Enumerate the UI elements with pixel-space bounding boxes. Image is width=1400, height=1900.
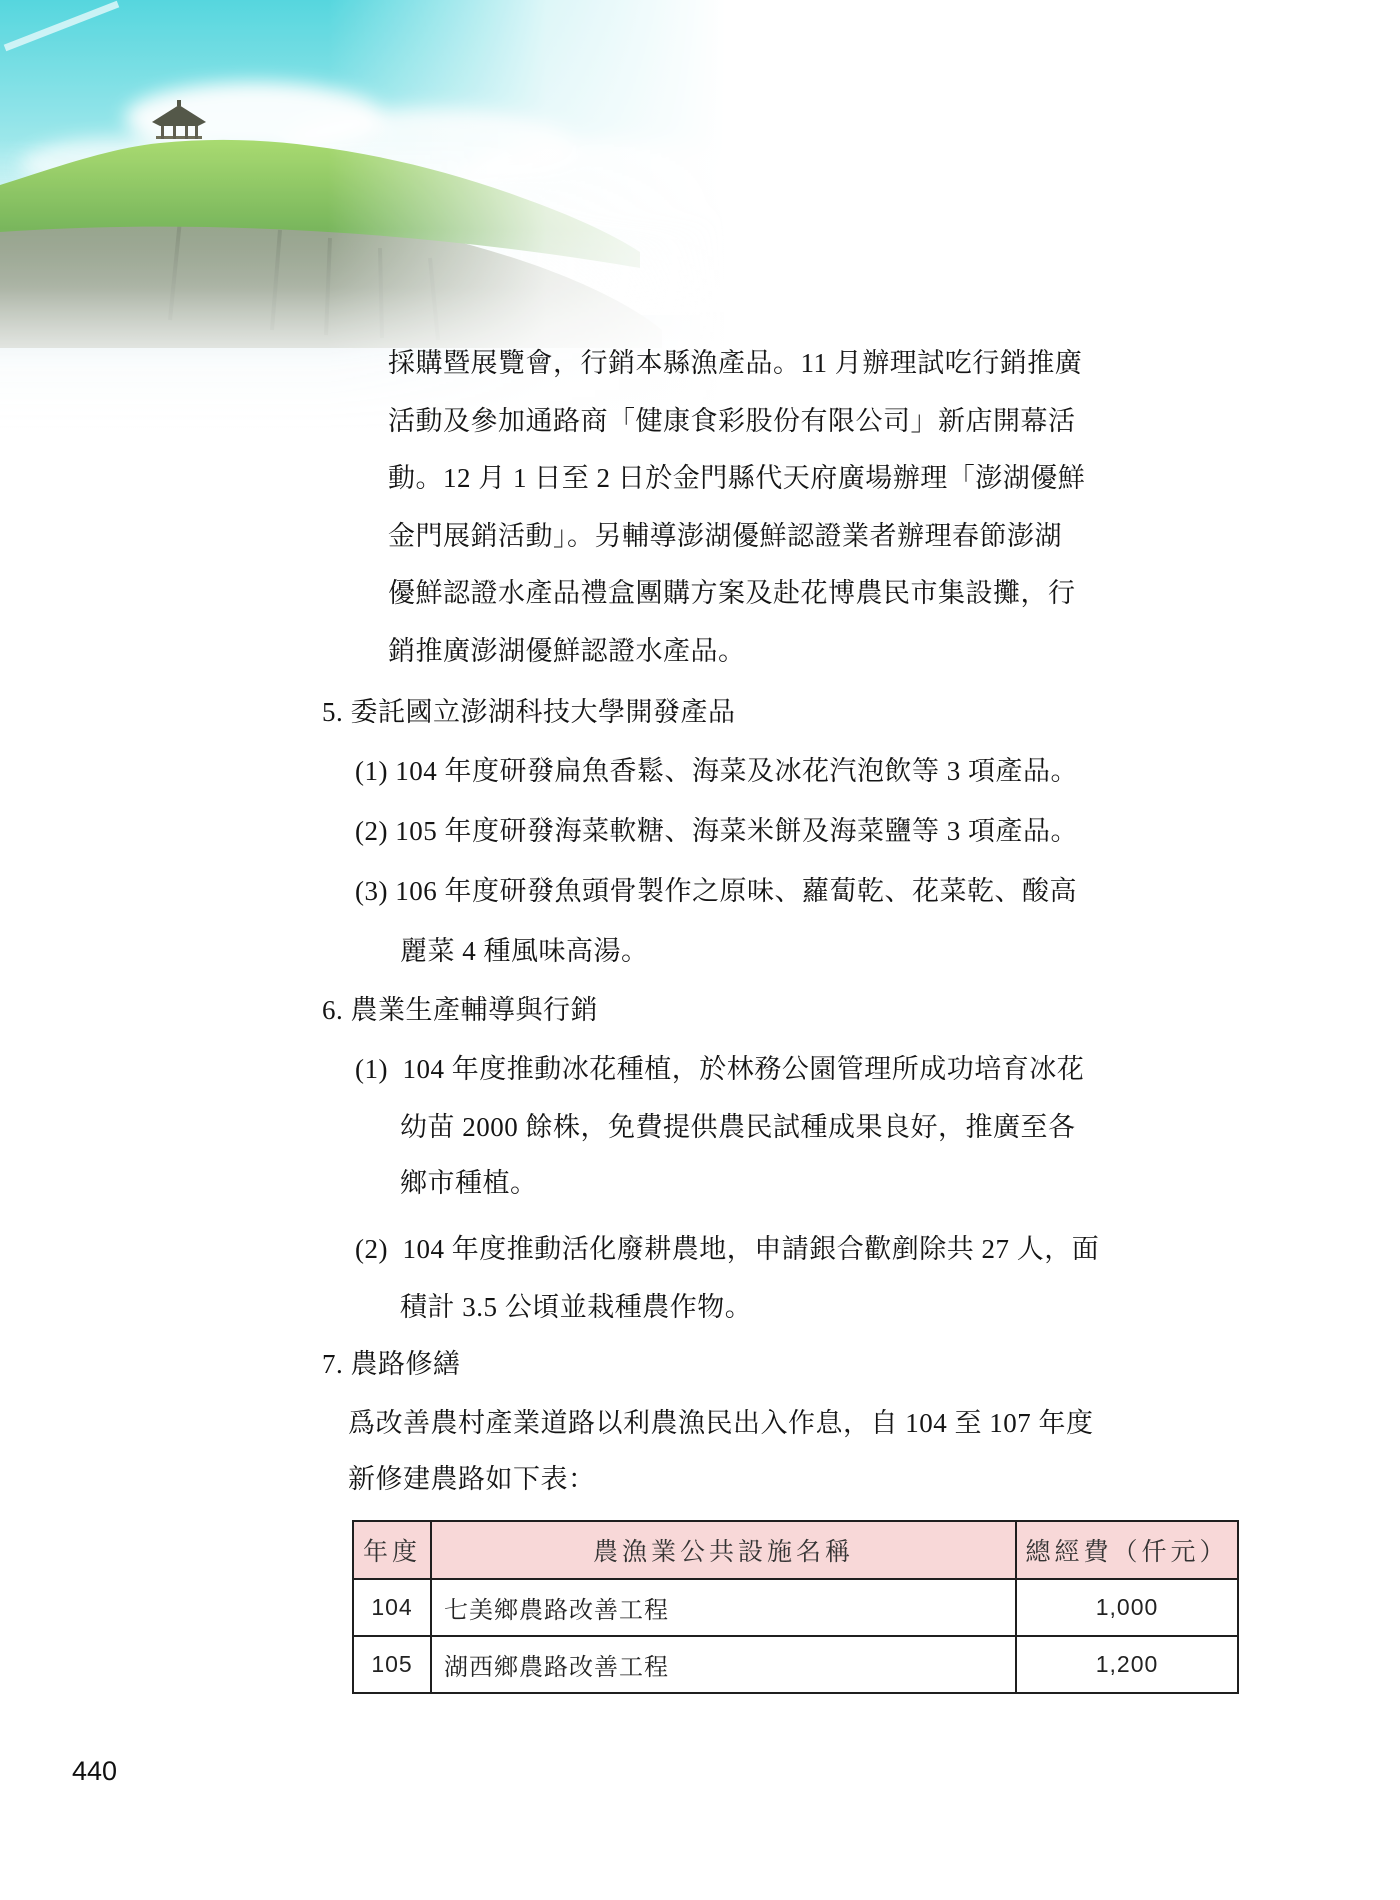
table-header-year: 年度 <box>353 1521 431 1579</box>
section-6-heading: 6. 農業生產輔導與行銷 <box>322 995 598 1025</box>
table-cell-name: 七美鄉農路改善工程 <box>431 1579 1016 1636</box>
list-item-line: (3) 106 年度研發魚頭骨製作之原味、蘿蔔乾、花菜乾、酸高 <box>355 876 1077 906</box>
page-number: 440 <box>72 1756 117 1787</box>
list-item-line: (2) 105 年度研發海菜軟糖、海菜米餅及海菜鹽等 3 項產品。 <box>355 816 1078 846</box>
table-cell-cost: 1,200 <box>1016 1636 1238 1693</box>
document-page: 採購暨展覽會，行銷本縣漁產品。11 月辦理試吃行銷推廣 活動及參加通路商「健康食… <box>0 0 1400 1900</box>
section-7-heading: 7. 農路修繕 <box>322 1349 461 1379</box>
table-cell-name: 湖西鄉農路改善工程 <box>431 1636 1016 1693</box>
table-cell-year: 105 <box>353 1636 431 1693</box>
paragraph-line: 優鮮認證水產品禮盒團購方案及赴花博農民市集設攤，行 <box>388 578 1076 608</box>
list-item-line: (1) 104 年度推動冰花種植，於林務公園管理所成功培育冰花 <box>355 1054 1084 1084</box>
farm-road-table: 年度 農漁業公共設施名稱 總經費（仟元） 104 七美鄉農路改善工程 1,000… <box>352 1520 1239 1694</box>
list-item-line: (1) 104 年度研發扁魚香鬆、海菜及冰花汽泡飲等 3 項產品。 <box>355 756 1078 786</box>
paragraph-line: 活動及參加通路商「健康食彩股份有限公司」新店開幕活 <box>388 406 1076 436</box>
paragraph-line: 金門展銷活動」。另輔導澎湖優鮮認證業者辦理春節澎湖 <box>388 521 1062 551</box>
list-item-continuation: 鄉市種植。 <box>400 1168 538 1198</box>
list-item-continuation: 麗菜 4 種風味高湯。 <box>400 936 649 966</box>
paragraph-line: 採購暨展覽會，行銷本縣漁產品。11 月辦理試吃行銷推廣 <box>388 348 1082 378</box>
section-5-heading: 5. 委託國立澎湖科技大學開發產品 <box>322 697 736 727</box>
table-cell-year: 104 <box>353 1579 431 1636</box>
table-header-cost: 總經費（仟元） <box>1016 1521 1238 1579</box>
paragraph-line: 新修建農路如下表： <box>348 1464 596 1494</box>
list-item-continuation: 幼苗 2000 餘株，免費提供農民試種成果良好，推廣至各 <box>400 1112 1076 1142</box>
table-header-row: 年度 農漁業公共設施名稱 總經費（仟元） <box>353 1521 1238 1579</box>
table-header-name: 農漁業公共設施名稱 <box>431 1521 1016 1579</box>
list-item-line: (2) 104 年度推動活化廢耕農地，申請銀合歡剷除共 27 人，面 <box>355 1234 1099 1264</box>
table-row: 105 湖西鄉農路改善工程 1,200 <box>353 1636 1238 1693</box>
paragraph-line: 爲改善農村產業道路以利農漁民出入作息，自 104 至 107 年度 <box>348 1408 1094 1438</box>
list-item-continuation: 積計 3.5 公頃並栽種農作物。 <box>400 1292 752 1322</box>
table-cell-cost: 1,000 <box>1016 1579 1238 1636</box>
paragraph-line: 銷推廣澎湖優鮮認證水產品。 <box>388 636 746 666</box>
paragraph-line: 動。12 月 1 日至 2 日於金門縣代天府廣場辦理「澎湖優鮮 <box>388 463 1085 493</box>
table-row: 104 七美鄉農路改善工程 1,000 <box>353 1579 1238 1636</box>
